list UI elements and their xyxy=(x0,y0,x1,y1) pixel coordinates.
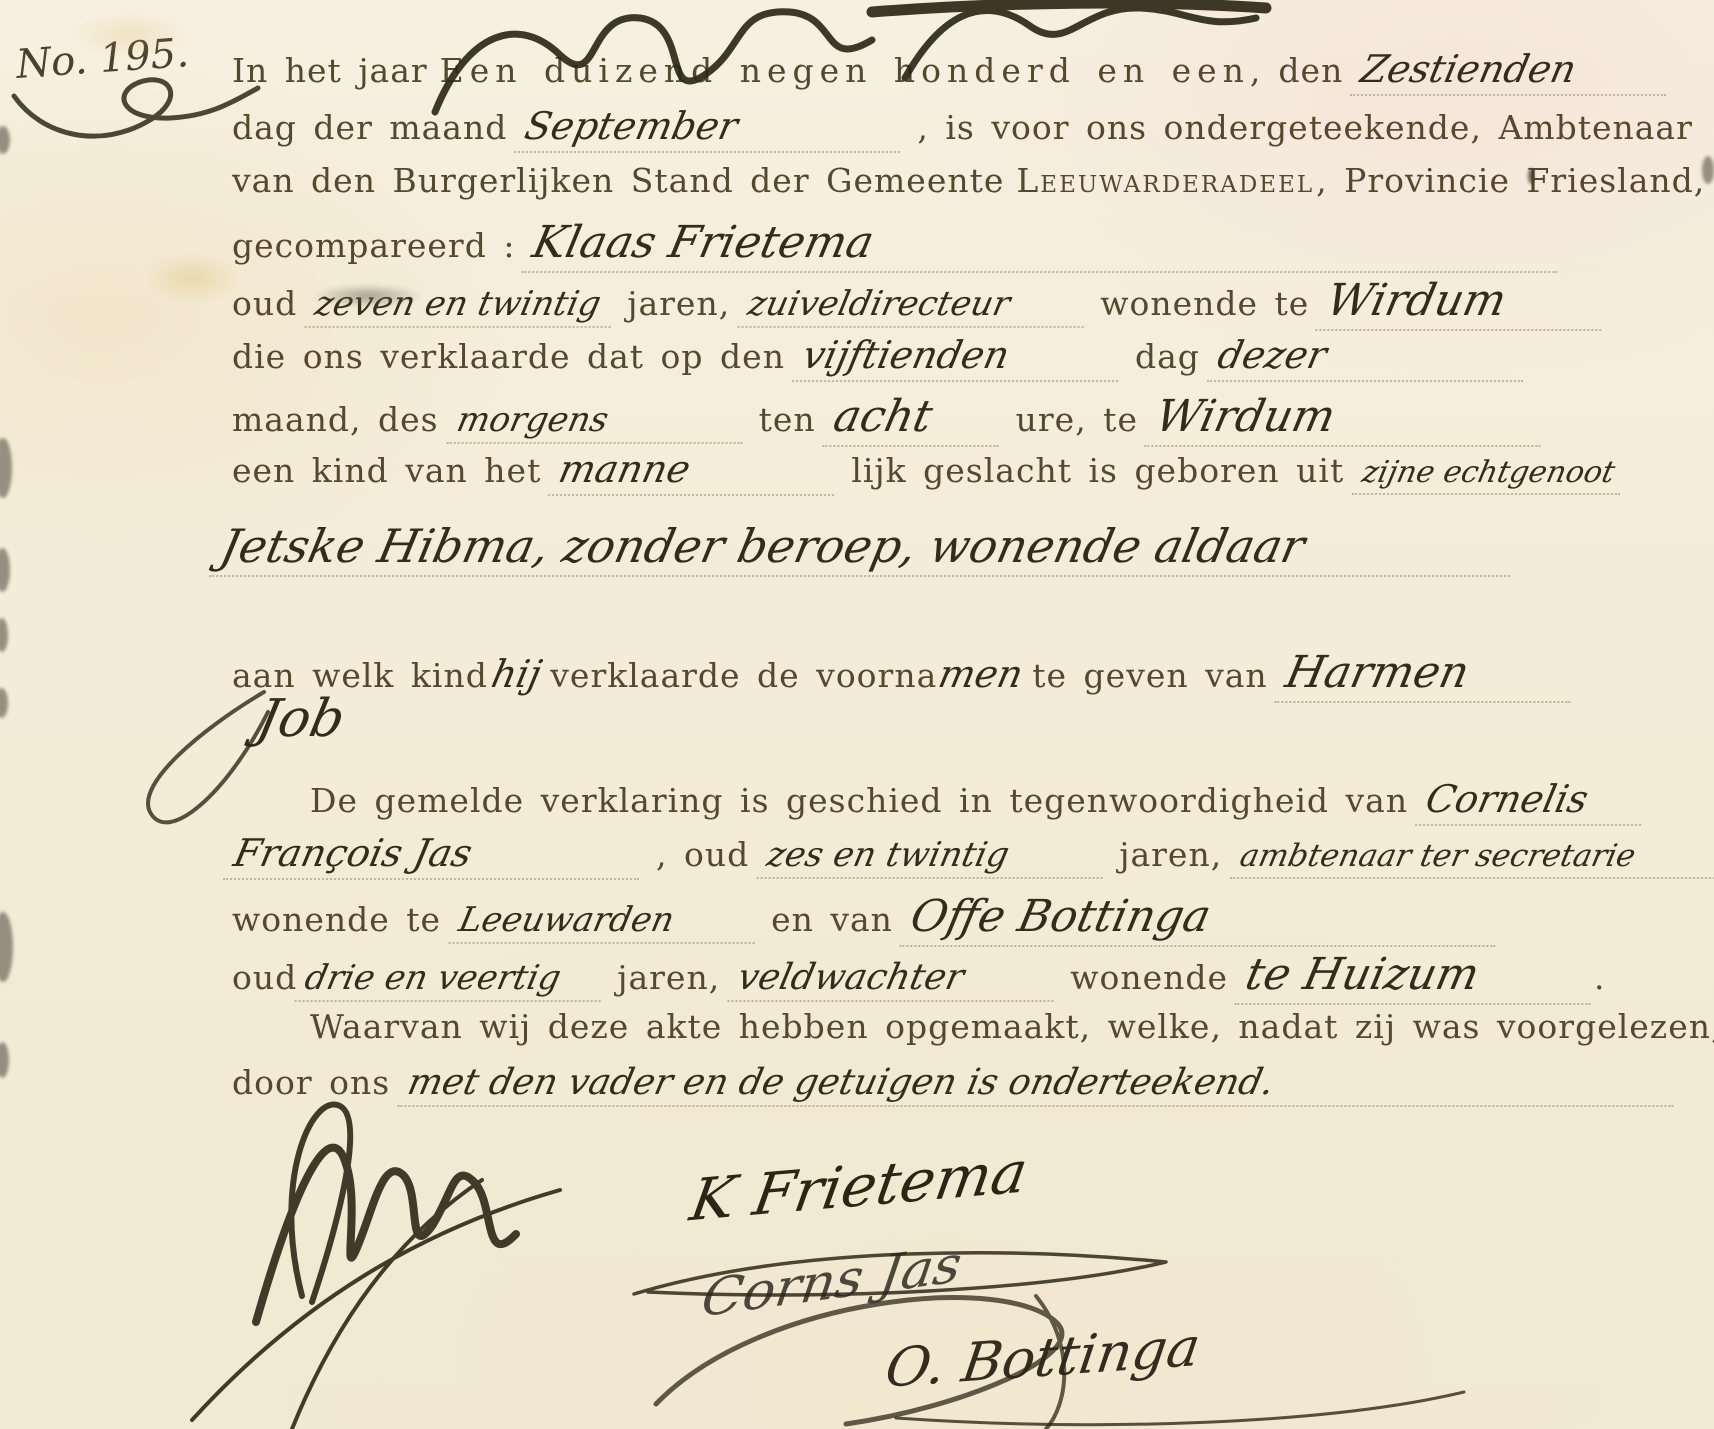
handwritten-witness1-age: zes en twintig xyxy=(757,836,1112,879)
printed-text: den xyxy=(1278,51,1343,90)
act-line-witnesses-intro: De gemelde verklaring is geschied in teg… xyxy=(310,778,1658,826)
signature-witness-jas: Corns Jas xyxy=(698,1235,965,1329)
printed-text: wonende te xyxy=(1100,284,1309,323)
act-line-birth-date: die ons verklaarde dat op denvijftienden… xyxy=(232,334,1540,382)
margin-paraph xyxy=(14,80,258,136)
printed-text: ten xyxy=(759,400,816,439)
printed-text: dag der maand xyxy=(232,108,507,147)
act-number: No. 195. xyxy=(15,30,191,88)
handwritten-occupation: zuiveldirecteur xyxy=(738,285,1093,328)
edge-ink-artifact xyxy=(0,438,12,498)
printed-text: Waarvan wij deze akte hebben opgemaakt, … xyxy=(310,1007,1714,1046)
printed-text: ure, te xyxy=(1016,400,1138,439)
handwritten-daypart: morgens xyxy=(446,401,751,444)
handwritten-closing: met den vader en de getuigen is ondertee… xyxy=(397,1062,1683,1107)
printed-text: verklaarde de voorna xyxy=(550,656,937,695)
edge-ink-artifact xyxy=(0,688,8,718)
printed-text: te geven van xyxy=(1032,656,1267,695)
edge-ink-artifact xyxy=(1702,156,1714,184)
handwritten-month: September xyxy=(514,105,910,153)
printed-text: , Provincie Friesland, xyxy=(1316,161,1705,200)
printed-text: lijk geslacht is geboren uit xyxy=(851,451,1344,490)
handwritten-witness1-residence: Leeuwarden xyxy=(449,901,764,944)
handwritten-gender: manne xyxy=(548,448,844,496)
edge-ink-artifact xyxy=(0,1042,9,1078)
handwritten-firstname-1: Harmen xyxy=(1274,648,1582,703)
printed-text: De gemelde verklaring is geschied in teg… xyxy=(310,781,1408,820)
edge-ink-artifact xyxy=(0,548,10,592)
printed-year-words: Een duizend negen honderd en een, xyxy=(440,51,1267,90)
signature-father: K Frietema xyxy=(686,1138,1033,1234)
act-line-birth-time: maand, desmorgenstenachture, teWirdum xyxy=(232,392,1558,447)
printed-text: jaren, xyxy=(1119,835,1222,874)
act-line-witness2: wonende teLeeuwardenen vanOffe Bottinga xyxy=(232,892,1513,947)
printed-municipality: Leeuwarderadeel xyxy=(1016,161,1314,200)
handwritten-witness1-name: François Jas xyxy=(223,832,649,880)
handwritten-witness1-firstname: Cornelis xyxy=(1415,778,1651,826)
handwritten-birth-day: vijftienden xyxy=(792,334,1128,382)
job-flourish xyxy=(148,692,268,822)
signature-witness-bottinga: O. Bottinga xyxy=(882,1315,1205,1399)
printed-text: In het jaar xyxy=(232,51,428,90)
handwritten-firstname-2: Job xyxy=(245,690,360,752)
signature-registrar-scrawl xyxy=(192,1105,560,1429)
printed-text: wonende te xyxy=(232,900,441,939)
handwritten-declarant-name: Klaas Frietema xyxy=(522,218,1570,273)
handwritten-residence: Wirdum xyxy=(1316,276,1614,331)
handwritten-witness2-residence: te Huizum xyxy=(1234,950,1602,1005)
act-line-month: dag der maandSeptember, is voor ons onde… xyxy=(232,105,1705,153)
act-line-gender: een kind van hetmannelijk geslacht is ge… xyxy=(232,448,1636,496)
handwritten-witness2-occupation: veldwachter xyxy=(727,957,1063,1002)
act-line-witness2-details: ouddrie en veertigjaren,veldwachterwonen… xyxy=(232,950,1618,1005)
handwritten-age: zeven en twintig xyxy=(305,285,620,328)
printed-text: dag xyxy=(1135,337,1200,376)
handwritten-mother: Jetske Hibma, zonder beroep, wonende ald… xyxy=(209,520,1522,577)
act-line-closing-1: Waarvan wij deze akte hebben opgemaakt, … xyxy=(310,1008,1714,1046)
printed-text: jaren, xyxy=(617,958,720,997)
handwritten-day-ordinal: Zestienden xyxy=(1350,48,1676,96)
act-line-firstnames: aan welk kindhijverklaarde de voornament… xyxy=(232,648,1588,703)
edge-ink-artifact xyxy=(0,126,10,154)
act-line-witness1: François Jas, oudzes en twintigjaren,amb… xyxy=(228,832,1714,880)
act-line-closing-2: door onsmet den vader en de getuigen is … xyxy=(232,1062,1690,1107)
handwritten-witness2-age: drie en veertig xyxy=(295,959,610,1002)
act-line-declarant-details: oudzeven en twintigjaren,zuiveldirecteur… xyxy=(232,276,1619,331)
printed-text: en van xyxy=(771,900,893,939)
handwritten-hour: acht xyxy=(822,392,1010,447)
paper-stain xyxy=(144,252,240,304)
act-line-firstname-2: Job xyxy=(252,690,365,752)
printed-text: die ons verklaarde dat op den xyxy=(232,337,785,376)
handwritten-spouse-ref: zijne echtgenoot xyxy=(1352,456,1628,495)
printed-text: wonende xyxy=(1070,958,1228,997)
printed-text: door ons xyxy=(232,1063,390,1102)
act-line-declarant: gecompareerd :Klaas Frietema xyxy=(232,218,1575,273)
printed-text: een kind van het xyxy=(232,451,541,490)
printed-text: jaren, xyxy=(627,284,730,323)
edge-ink-artifact xyxy=(0,912,13,982)
act-line-year: In het jaarEen duizend negen honderd en … xyxy=(232,48,1683,96)
printed-text: gecompareerd : xyxy=(232,226,515,265)
printed-text: , is voor ons ondergeteekende, Ambtenaar xyxy=(917,108,1693,147)
printed-text: , oud xyxy=(656,835,749,874)
handwritten-birth-place: Wirdum xyxy=(1144,392,1552,447)
act-line-mother: Jetske Hibma, zonder beroep, wonende ald… xyxy=(215,520,1528,577)
bottinga-underline-swash xyxy=(896,1392,1464,1425)
stray-ink-mark xyxy=(1528,168,1534,184)
handwritten-dezer: dezer xyxy=(1207,334,1533,382)
printed-text: van den Burgerlijken Stand der Gemeente xyxy=(232,161,1004,200)
handwritten-men: men xyxy=(928,653,1037,699)
birth-certificate-scan: No. 195. In het jaarEen duizend negen ho… xyxy=(0,0,1714,1429)
handwritten-witness1-occupation: ambtenaar ter secretarie xyxy=(1230,839,1714,879)
handwritten-hij: hij xyxy=(481,653,555,699)
printed-text: oud xyxy=(232,284,297,323)
act-line-municipality: van den Burgerlijken Stand der GemeenteL… xyxy=(232,162,1714,200)
printed-text: maand, des xyxy=(232,400,439,439)
handwritten-witness2-name: Offe Bottinga xyxy=(899,892,1507,947)
edge-ink-artifact xyxy=(0,618,8,652)
printed-text: oud xyxy=(232,958,297,997)
